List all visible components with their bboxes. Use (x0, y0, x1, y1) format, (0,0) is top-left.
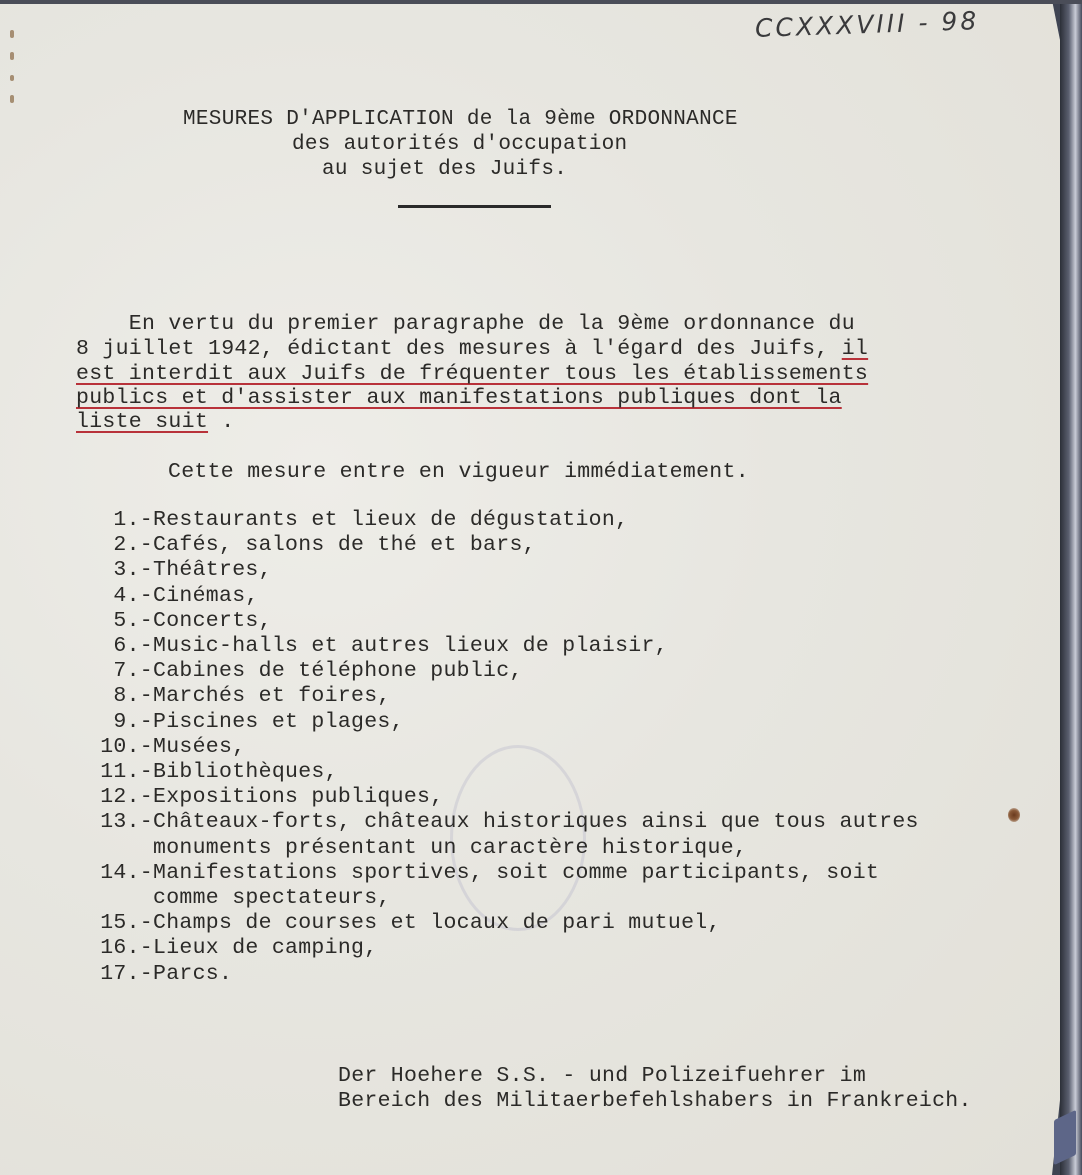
list-item: 1.-Restaurants et lieux de dégustation, (76, 508, 1053, 533)
list-item: 16.-Lieux de camping, (76, 936, 1053, 961)
list-item-number: 11.- (76, 760, 153, 785)
list-item-text: Marchés et foires, (153, 684, 1053, 709)
list-item-number: 9.- (76, 710, 153, 735)
list-item: 6.-Music-halls et autres lieux de plaisi… (76, 634, 1053, 659)
list-item-text: Cinémas, (153, 584, 1053, 609)
list-item-number: 3.- (76, 558, 153, 583)
list-item-text: Piscines et plages, (153, 710, 1053, 735)
list-item: 7.-Cabines de téléphone public, (76, 659, 1053, 684)
list-item-number: 17.- (76, 962, 153, 987)
underlined-text: il (842, 337, 868, 361)
title-line-3: au sujet des Juifs. (322, 158, 567, 181)
list-item: 17.-Parcs. (76, 962, 1053, 987)
list-item-number: 15.- (76, 911, 153, 936)
list-item-number: 6.- (76, 634, 153, 659)
list-item-number: 7.- (76, 659, 153, 684)
list-item-text: Manifestations sportives, soit comme par… (153, 861, 1053, 911)
list-item-number: 5.- (76, 609, 153, 634)
list-item-number: 2.- (76, 533, 153, 558)
list-item-number: 8.- (76, 684, 153, 709)
list-item-text: Bibliothèques, (153, 760, 1053, 785)
list-item: 14.-Manifestations sportives, soit comme… (76, 861, 1053, 911)
paragraph-line-3: est interdit aux Juifs de fréquenter tou… (76, 362, 868, 386)
list-item-number: 16.- (76, 936, 153, 961)
list-item-text: Restaurants et lieux de dégustation, (153, 508, 1053, 533)
list-item: 12.-Expositions publiques, (76, 785, 1053, 810)
title-separator (398, 205, 551, 208)
title-line-2: des autorités d'occupation (292, 133, 627, 156)
list-item-text: Lieux de camping, (153, 936, 1053, 961)
list-item-number: 4.- (76, 584, 153, 609)
list-item: 3.-Théâtres, (76, 558, 1053, 583)
underlined-text: est interdit aux Juifs de fréquenter tou… (76, 362, 868, 386)
list-item-text: Musées, (153, 735, 1053, 760)
list-item: 13.-Châteaux-forts, châteaux historiques… (76, 810, 1053, 860)
list-item: 11.-Bibliothèques, (76, 760, 1053, 785)
list-item-text: Théâtres, (153, 558, 1053, 583)
list-item: 4.-Cinémas, (76, 584, 1053, 609)
list-item: 2.-Cafés, salons de thé et bars, (76, 533, 1053, 558)
effective-notice: Cette mesure entre en vigueur immédiatem… (168, 460, 749, 484)
paragraph-line-2-text: 8 juillet 1942, édictant des mesures à l… (76, 337, 842, 361)
list-item-text: Parcs. (153, 962, 1053, 987)
list-item-number: 13.- (76, 810, 153, 860)
underlined-text: liste suit (76, 410, 208, 434)
list-item: 8.-Marchés et foires, (76, 684, 1053, 709)
signature-line-2: Bereich des Militaerbefehlshabers in Fra… (338, 1089, 972, 1113)
paragraph-line-5: liste suit . (76, 410, 234, 434)
list-item-text: Expositions publiques, (153, 785, 1053, 810)
list-item-number: 14.- (76, 861, 153, 911)
underlined-text: publics et d'assister aux manifestations… (76, 386, 842, 410)
paragraph-line-4: publics et d'assister aux manifestations… (76, 386, 842, 410)
list-item-text: Concerts, (153, 609, 1053, 634)
list-item-number: 12.- (76, 785, 153, 810)
list-item: 9.-Piscines et plages, (76, 710, 1053, 735)
list-item: 15.-Champs de courses et locaux de pari … (76, 911, 1053, 936)
title-line-1: MESURES D'APPLICATION de la 9ème ORDONNA… (183, 108, 738, 131)
scan-background-edge (1060, 0, 1082, 1175)
list-item-text: Châteaux-forts, châteaux historiques ain… (153, 810, 1053, 860)
scan-top-edge (0, 0, 1082, 4)
list-item-text: Cabines de téléphone public, (153, 659, 1053, 684)
list-item-number: 10.- (76, 735, 153, 760)
prohibited-places-list: 1.-Restaurants et lieux de dégustation,2… (76, 508, 1053, 987)
signature-line-1: Der Hoehere S.S. - und Polizeifuehrer im (338, 1064, 866, 1088)
list-item: 5.-Concerts, (76, 609, 1053, 634)
paragraph-line-1: En vertu du premier paragraphe de la 9èm… (76, 312, 855, 336)
list-item-text: Cafés, salons de thé et bars, (153, 533, 1053, 558)
list-item-text: Music-halls et autres lieux de plaisir, (153, 634, 1053, 659)
paragraph-line-2: 8 juillet 1942, édictant des mesures à l… (76, 337, 868, 361)
list-item: 10.-Musées, (76, 735, 1053, 760)
list-item-number: 1.- (76, 508, 153, 533)
list-item-text: Champs de courses et locaux de pari mutu… (153, 911, 1053, 936)
paragraph-line-5-text: . (208, 410, 234, 434)
